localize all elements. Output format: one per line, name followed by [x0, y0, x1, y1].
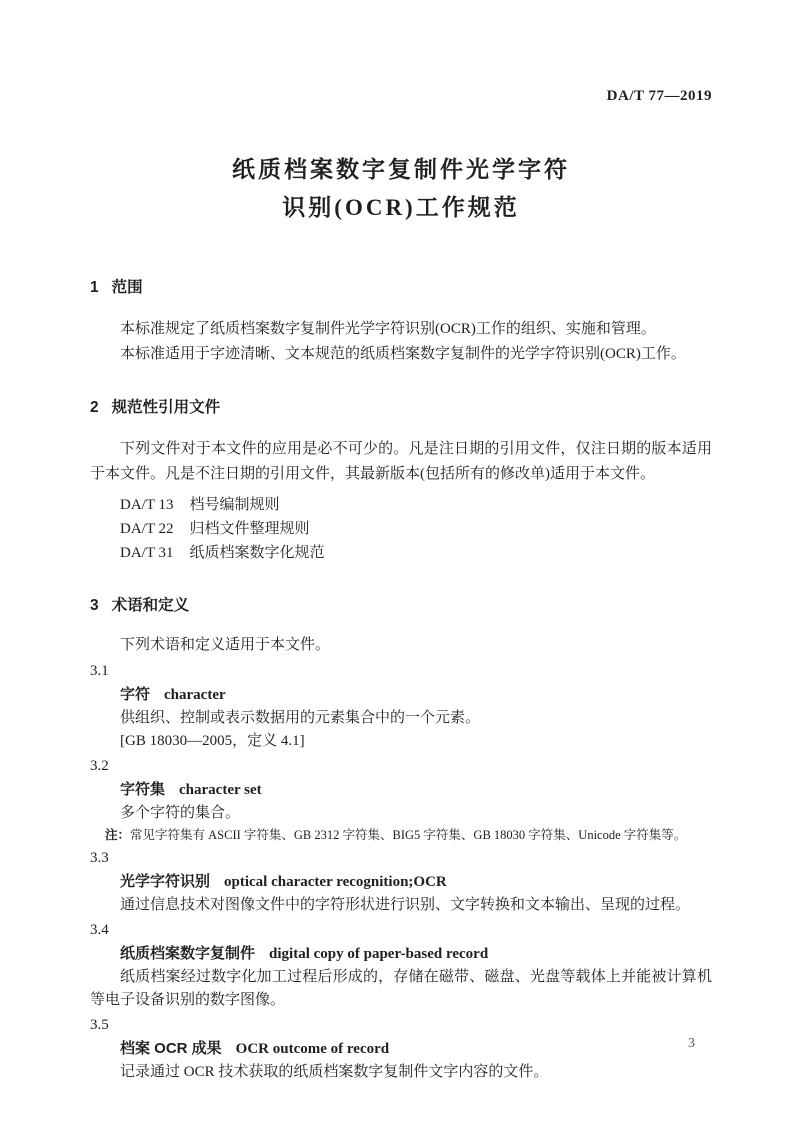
- document-title-line2: 识别(OCR)工作规范: [90, 189, 712, 227]
- document-title: 纸质档案数字复制件光学字符 识别(OCR)工作规范: [90, 151, 712, 227]
- doc-number: DA/T 77—2019: [90, 88, 712, 105]
- section-2-number: 2: [90, 399, 99, 416]
- document-title-line1: 纸质档案数字复制件光学字符: [90, 151, 712, 189]
- section-2-title: 规范性引用文件: [112, 399, 221, 416]
- term-note: 注：常见字符集有 ASCII 字符集、GB 2312 字符集、BIG5 字符集、…: [90, 825, 712, 845]
- term-chinese: 纸质档案数字复制件: [120, 945, 255, 962]
- reference-item: DA/T 22归档文件整理规则: [90, 517, 712, 541]
- section-1-number: 1: [90, 279, 99, 296]
- normative-references-list: DA/T 13档号编制规则 DA/T 22归档文件整理规则 DA/T 31纸质档…: [90, 493, 712, 565]
- term-definition: 记录通过 OCR 技术获取的纸质档案数字复制件文字内容的文件。: [90, 1061, 712, 1084]
- reference-item: DA/T 13档号编制规则: [90, 493, 712, 517]
- section-1-paragraph-1: 本标准规定了纸质档案数字复制件光学字符识别(OCR)工作的组织、实施和管理。: [90, 317, 712, 342]
- term-english: character: [164, 687, 226, 703]
- reference-code: DA/T 31: [120, 545, 173, 561]
- term-number: 3.5: [90, 1014, 712, 1037]
- term-english: digital copy of paper-based record: [269, 946, 488, 962]
- term-chinese: 字符集: [120, 781, 165, 798]
- section-2-paragraph-1: 下列文件对于本文件的应用是必不可少的。凡是注日期的引用文件，仅注日期的版本适用于…: [90, 437, 712, 487]
- section-2-heading: 2规范性引用文件: [90, 397, 712, 419]
- reference-title: 纸质档案数字化规范: [189, 545, 324, 561]
- term-heading: 纸质档案数字复制件digital copy of paper-based rec…: [90, 942, 712, 966]
- section-1-title: 范围: [112, 279, 143, 296]
- term-chinese: 档案 OCR 成果: [120, 1040, 222, 1057]
- term-chinese: 光学字符识别: [120, 873, 210, 890]
- document-content: DA/T 77—2019 纸质档案数字复制件光学字符 识别(OCR)工作规范 1…: [90, 0, 712, 1084]
- term-definition: 多个字符的集合。: [90, 802, 712, 825]
- section-1-heading: 1范围: [90, 277, 712, 299]
- term-number: 3.3: [90, 847, 712, 870]
- term-source: [GB 18030—2005，定义 4.1]: [90, 730, 712, 753]
- section-3-number: 3: [90, 597, 99, 614]
- term-chinese: 字符: [120, 686, 150, 703]
- term-definition: 通过信息技术对图像文件中的字符形状进行识别、文字转换和文本输出、呈现的过程。: [90, 894, 712, 917]
- section-3-heading: 3术语和定义: [90, 595, 712, 617]
- term-definition: 纸质档案经过数字化加工过程后形成的，存储在磁带、磁盘、光盘等载体上并能被计算机等…: [90, 966, 712, 1012]
- term-3-5: 3.5 档案 OCR 成果OCR outcome of record 记录通过 …: [90, 1014, 712, 1084]
- terms-intro: 下列术语和定义适用于本文件。: [90, 633, 712, 658]
- reference-title: 归档文件整理规则: [189, 521, 309, 537]
- term-heading: 字符集character set: [90, 778, 712, 802]
- note-text: 常见字符集有 ASCII 字符集、GB 2312 字符集、BIG5 字符集、GB…: [130, 828, 686, 842]
- reference-item: DA/T 31纸质档案数字化规范: [90, 541, 712, 565]
- section-1-paragraph-2: 本标准适用于字迹清晰、文本规范的纸质档案数字复制件的光学字符识别(OCR)工作。: [90, 342, 712, 367]
- term-heading: 档案 OCR 成果OCR outcome of record: [90, 1037, 712, 1061]
- reference-title: 档号编制规则: [189, 497, 279, 513]
- term-number: 3.1: [90, 660, 712, 683]
- term-number: 3.2: [90, 755, 712, 778]
- term-heading: 光学字符识别optical character recognition;OCR: [90, 870, 712, 894]
- document-page: DA/T 77—2019 纸质档案数字复制件光学字符 识别(OCR)工作规范 1…: [0, 0, 793, 1122]
- term-heading: 字符character: [90, 683, 712, 707]
- term-definition: 供组织、控制或表示数据用的元素集合中的一个元素。: [90, 707, 712, 730]
- term-english: OCR outcome of record: [236, 1041, 389, 1057]
- term-3-4: 3.4 纸质档案数字复制件digital copy of paper-based…: [90, 919, 712, 1012]
- term-3-3: 3.3 光学字符识别optical character recognition;…: [90, 847, 712, 917]
- page-number: 3: [688, 1036, 695, 1052]
- section-3-title: 术语和定义: [112, 597, 190, 614]
- reference-code: DA/T 22: [120, 521, 173, 537]
- note-label: 注：: [105, 828, 130, 842]
- reference-code: DA/T 13: [120, 497, 173, 513]
- term-3-1: 3.1 字符character 供组织、控制或表示数据用的元素集合中的一个元素。…: [90, 660, 712, 753]
- term-number: 3.4: [90, 919, 712, 942]
- term-english: character set: [179, 782, 262, 798]
- term-english: optical character recognition;OCR: [224, 874, 447, 890]
- term-3-2: 3.2 字符集character set 多个字符的集合。 注：常见字符集有 A…: [90, 755, 712, 845]
